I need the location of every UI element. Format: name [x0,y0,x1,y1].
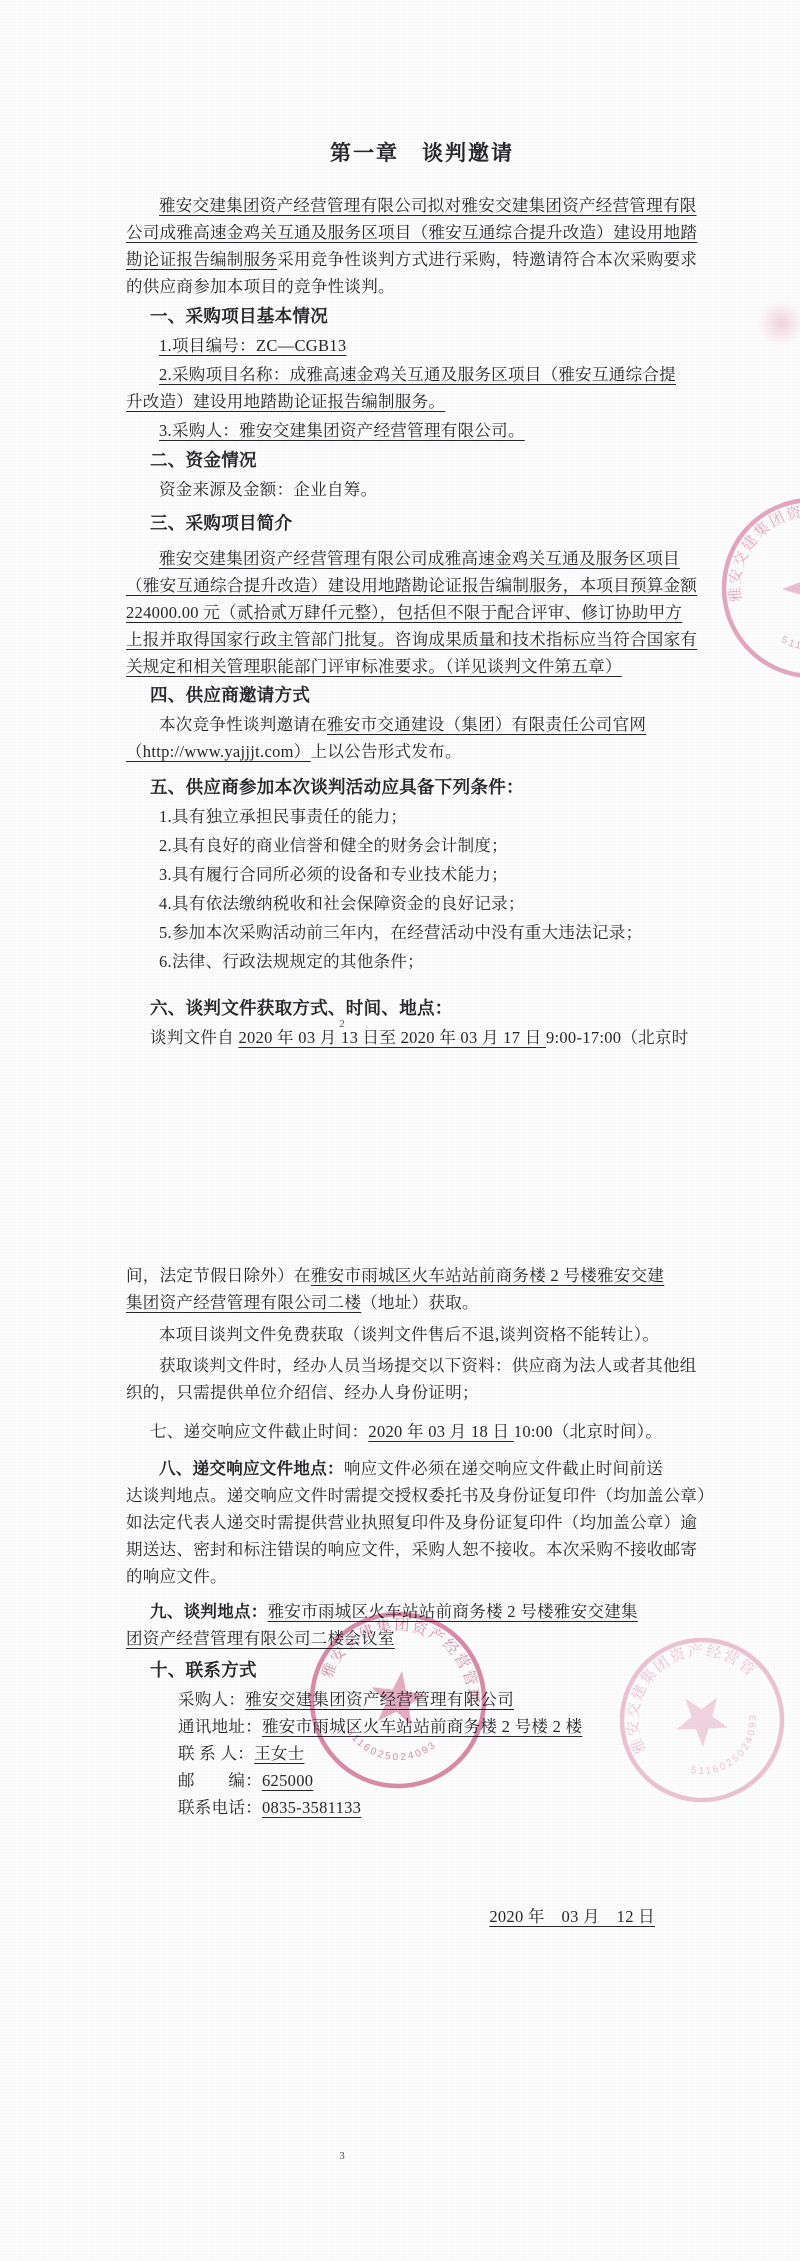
text-segment: 六、谈判文件获取方式、时间、地点： [150,998,453,1018]
page-number-3: 3 [302,2150,382,2162]
intro-paragraph: 雅安交建集团资产经营管理有限公司拟对雅安交建集团资产经营管理有限 公司成雅高速金… [126,192,718,300]
text-segment: 响应文件必须在递交响应文件截止时间前送 达谈判地点。递交响应文件时需提交授权委托… [126,1459,714,1586]
text-segment: 通讯地址： [178,1717,262,1736]
text-segment: 三、采购项目简介 [150,513,292,533]
contact-person-line: 联 系 人：王女士 [126,1740,718,1767]
negotiation-place-paragraph: 九、谈判地点：雅安市雨城区火车站站前商务楼 2 号楼雅安交建集 团资产经营管理有… [126,1598,718,1652]
text-segment: 第一章 谈判邀请 [330,141,514,165]
condition-item-6: 6.法律、行政法规规定的其他条件； [126,948,718,975]
filled-in-value: 3.采购人：雅安交建集团资产经营管理有限公司。 [159,421,525,440]
filled-in-value: 2020 年 03 月 12 日 [489,1907,655,1926]
condition-item-1: 1.具有独立承担民事责任的能力； [126,803,718,830]
issue-date-line: 2020 年 03 月 12 日 [126,1903,718,1930]
section-10-heading: 十、联系方式 [126,1657,718,1684]
contact-phone-line: 联系电话：0835-3581133 [126,1794,718,1821]
submission-place-paragraph: 八、递交响应文件地点：响应文件必须在递交响应文件截止时间前送 达谈判地点。递交响… [126,1455,718,1590]
scanned-document: 第一章 谈判邀请雅安交建集团资产经营管理有限公司拟对雅安交建集团资产经营管理有限… [0,0,800,2261]
free-obtain-paragraph: 本项目谈判文件免费获取（谈判文件售后不退,谈判资格不能转让）。 [126,1321,718,1348]
filled-in-value: 雅安市雨城区火车站站前商务楼 2 号楼 2 楼 [262,1717,582,1736]
text-segment: 一、采购项目基本情况 [150,306,328,326]
deadline-paragraph: 七、递交响应文件截止时间：2020 年 03 月 18 日 10:00（北京时间… [126,1418,718,1445]
text-segment: 联系电话： [178,1798,262,1817]
filled-in-value: 625000 [262,1771,313,1790]
text-segment: 4.具有依法缴纳税收和社会保障资金的良好记录； [159,894,525,913]
text-segment: 四、供应商邀请方式 [150,685,310,705]
text-segment: 5.参加本次采购活动前三年内，在经营活动中没有重大违法记录； [159,923,642,942]
contact-address-line: 通讯地址：雅安市雨城区火车站站前商务楼 2 号楼 2 楼 [126,1713,718,1740]
text-segment: 联 系 人： [178,1744,254,1763]
text-segment: 二、资金情况 [150,450,257,470]
text-segment: 九、谈判地点： [150,1602,268,1621]
section-4-heading: 四、供应商邀请方式 [126,682,718,709]
obtain-materials-paragraph: 获取谈判文件时，经办人员当场提交以下资料：供应商为法人或者其他组 织的，只需提供… [126,1352,718,1406]
invitation-method-paragraph: 本次竞争性谈判邀请在雅安市交通建设（集团）有限责任公司官网 （http://ww… [126,711,718,765]
text-segment: 十、联系方式 [150,1660,257,1680]
document-obtain-paragraph-p1: 谈判文件自 2020 年 03 月 13 日至 2020 年 03 月 17 日… [126,1024,718,1051]
text-segment: 本项目谈判文件免费获取（谈判文件售后不退,谈判资格不能转让）。 [159,1325,659,1344]
chapter-title: 第一章 谈判邀请 [126,138,718,168]
page-number-2: 2 [302,1018,382,1030]
page-1-content: 第一章 谈判邀请雅安交建集团资产经营管理有限公司拟对雅安交建集团资产经营管理有限… [126,138,718,1051]
project-number-item: 1.项目编号：ZC—CGB13 [126,332,718,359]
filled-in-value: 2020 年 03 月 18 日 [368,1422,513,1441]
contact-purchaser-line: 采购人：雅安交建集团资产经营管理有限公司 [126,1686,718,1713]
text-segment: 10:00（北京时间）。 [514,1422,662,1441]
filled-in-value: 王女士 [254,1744,304,1763]
condition-item-5: 5.参加本次采购活动前三年内，在经营活动中没有重大违法记录； [126,919,718,946]
project-name-item: 2.采购项目名称：成雅高速金鸡关互通及服务区项目（雅安互通综合提 升改造）建设用… [126,361,718,415]
filled-in-value: 雅安交建集团资产经营管理有限公司 [245,1690,514,1709]
section-3-heading: 三、采购项目简介 [126,510,718,537]
text-segment: 谈判文件自 [150,1028,238,1047]
filled-in-value: 0835-3581133 [262,1798,361,1817]
document-obtain-paragraph-p2: 间，法定节假日除外）在雅安市雨城区火车站站前商务楼 2 号楼雅安交建 集团资产经… [126,1262,718,1316]
filled-in-value: 2.采购项目名称：成雅高速金鸡关互通及服务区项目（雅安互通综合提 升改造）建设用… [126,365,676,411]
condition-item-4: 4.具有依法缴纳税收和社会保障资金的良好记录； [126,890,718,917]
condition-item-3: 3.具有履行合同所必须的设备和专业技术能力； [126,861,718,888]
text-segment: 五、供应商参加本次谈判活动应具备下列条件： [150,777,524,797]
text-segment: 间，法定节假日除外）在 [126,1266,311,1285]
text-segment: 资金来源及金额：企业自筹。 [159,480,377,499]
text-segment: 邮 编： [178,1771,262,1790]
text-segment: 9:00-17:00（北京时 [546,1028,689,1047]
text-segment: 八、递交响应文件地点： [159,1459,344,1478]
section-5-heading: 五、供应商参加本次谈判活动应具备下列条件： [126,774,718,801]
page-2-content: 间，法定节假日除外）在雅安市雨城区火车站站前商务楼 2 号楼雅安交建 集团资产经… [126,1262,718,1930]
ink-smudge [750,292,800,355]
text-segment: 2.具有良好的商业信誉和健全的财务会计制度； [159,836,508,855]
svg-text:5116025024093: 5116025024093 [777,604,800,666]
section-6-heading: 六、谈判文件获取方式、时间、地点： [126,995,718,1022]
filled-in-value: 2020 年 03 月 13 日至 2020 年 03 月 17 日 [238,1028,546,1047]
purchaser-item: 3.采购人：雅安交建集团资产经营管理有限公司。 [126,417,718,444]
filled-in-value: 1.项目编号：ZC—CGB13 [159,336,346,355]
filled-in-value: 雅安交建集团资产经营管理有限公司成雅高速金鸡关互通及服务区项目 （雅安互通综合提… [126,549,697,676]
project-brief-paragraph: 雅安交建集团资产经营管理有限公司成雅高速金鸡关互通及服务区项目 （雅安互通综合提… [126,545,718,680]
section-2-heading: 二、资金情况 [126,447,718,474]
text-segment: 3.具有履行合同所必须的设备和专业技术能力； [159,865,508,884]
text-segment: 本次竞争性谈判邀请在 [159,715,327,734]
text-segment: 采购人： [178,1690,245,1709]
text-segment: 获取谈判文件时，经办人员当场提交以下资料：供应商为法人或者其他组 织的，只需提供… [126,1356,697,1402]
text-segment: 上以公告形式发布。 [311,742,462,761]
seal-star-icon [775,550,800,620]
section-1-heading: 一、采购项目基本情况 [126,303,718,330]
condition-item-2: 2.具有良好的商业信誉和健全的财务会计制度； [126,832,718,859]
text-segment: 6.法律、行政法规规定的其他条件； [159,952,424,971]
text-segment: （地址）获取。 [361,1293,479,1312]
text-segment: 1.具有独立承担民事责任的能力； [159,807,407,826]
text-segment: 七、递交响应文件截止时间： [150,1422,368,1441]
contact-postcode-line: 邮 编：625000 [126,1767,718,1794]
funding-item: 资金来源及金额：企业自筹。 [126,476,718,503]
